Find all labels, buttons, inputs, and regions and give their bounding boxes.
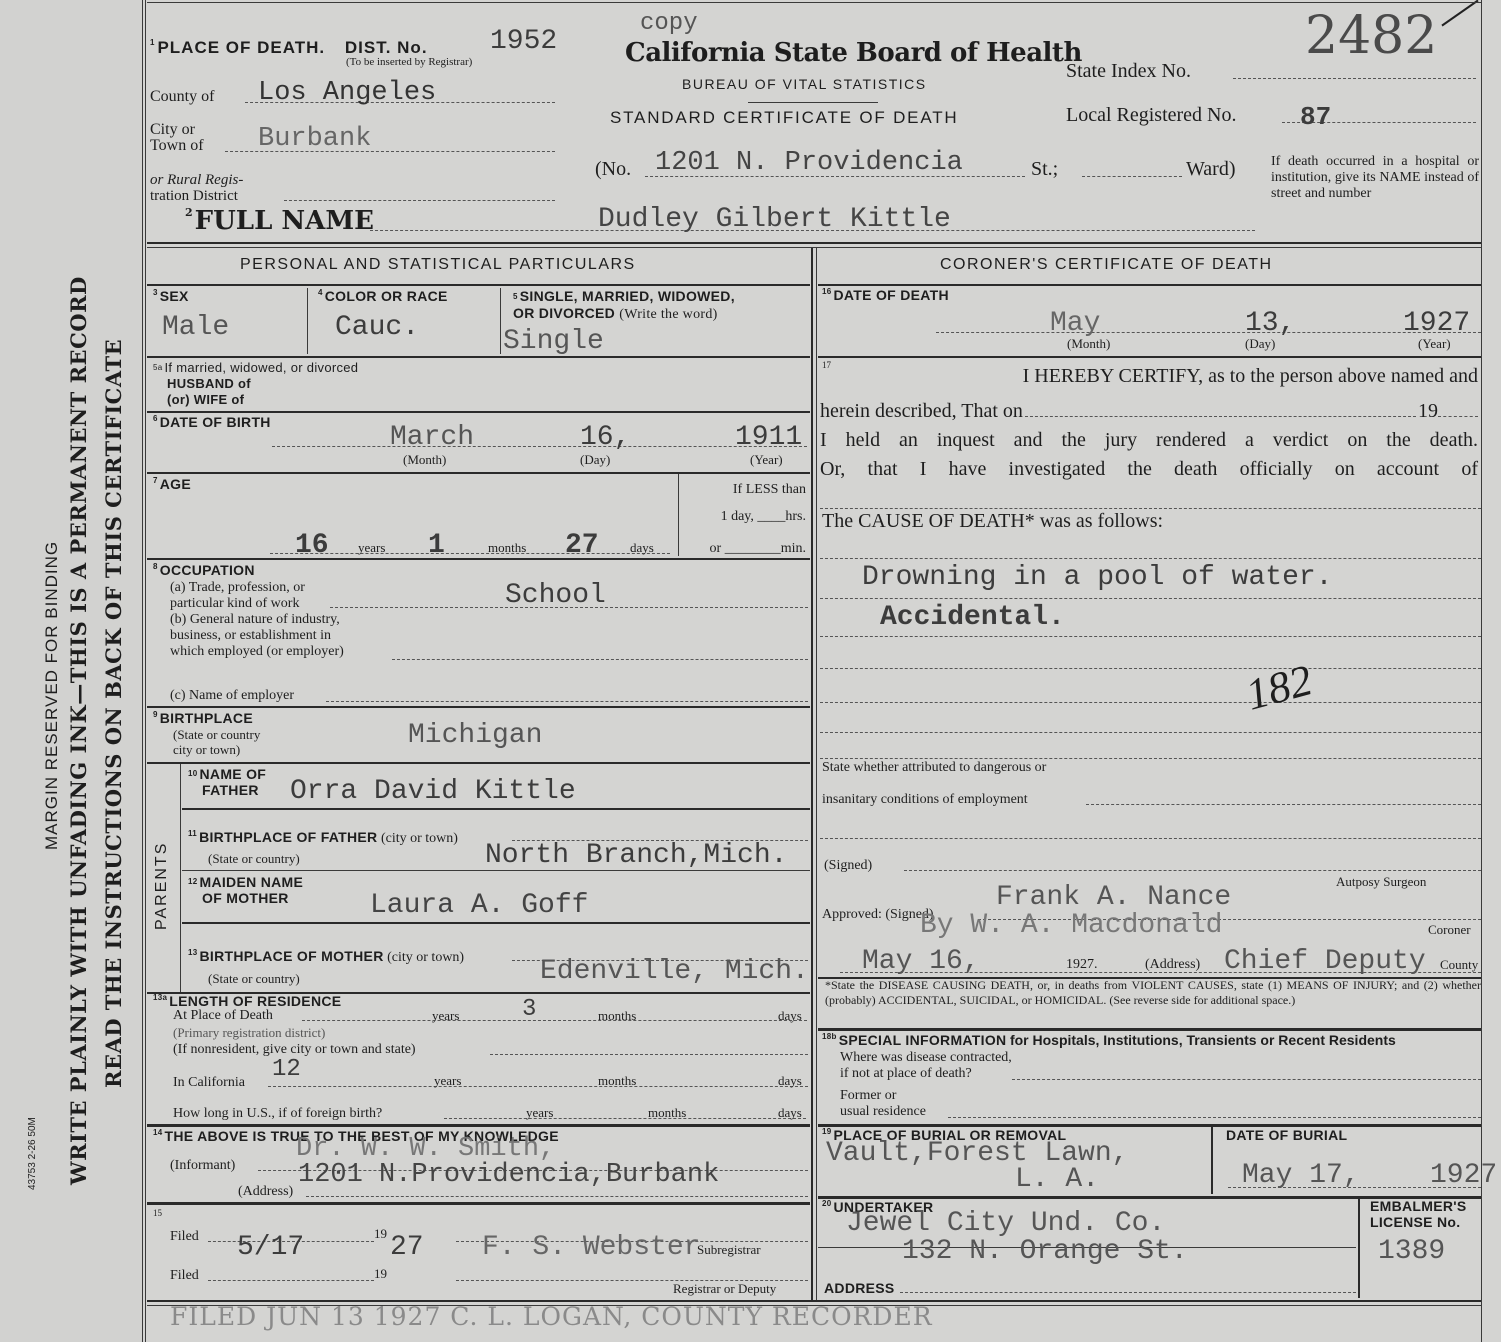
burial-date-value: May 17, <box>1242 1160 1360 1191</box>
county-label: County of <box>150 88 214 106</box>
california-years-value: 12 <box>272 1056 301 1083</box>
deputy-name: By W. A. Macdonald <box>920 910 1222 941</box>
binding-note: MARGIN RESERVED FOR BINDING <box>42 541 62 850</box>
spouse-label: 5aIf married, widowed, or divorced HUSBA… <box>153 360 358 408</box>
occupation-value: School <box>505 580 606 611</box>
age-label: 7AGE <box>153 476 191 492</box>
mother-label: 12MAIDEN NAMEOF MOTHER <box>188 874 303 906</box>
residence-months-value: 3 <box>522 996 536 1023</box>
marital-value: Single <box>503 326 604 357</box>
board-title: California State Board of Health <box>625 38 1082 68</box>
license-label: EMBALMER'SLICENSE No. <box>1370 1198 1467 1230</box>
race-value: Cauc. <box>335 312 419 343</box>
age-days: 27 <box>565 530 599 561</box>
dob-month: March <box>390 422 474 453</box>
license-value: 1389 <box>1378 1236 1445 1267</box>
filed-date-value: 5/17 <box>237 1232 304 1263</box>
burial-year-value: 1927 <box>1430 1160 1497 1191</box>
rural-district-label: or Rural Regis-tration District <box>150 172 243 204</box>
recorder-stamp: FILED JUN 13 1927 C. L. LOGAN, COUNTY RE… <box>170 1302 933 1331</box>
certification-text: I HEREBY CERTIFY, as to the person above… <box>820 362 1478 484</box>
residence-label: 13aLENGTH OF RESIDENCE <box>153 993 341 1009</box>
district-number: 1952 <box>490 26 557 57</box>
place-of-death-label: 1PLACE OF DEATH. DIST. No. <box>150 38 428 58</box>
age-years: 16 <box>295 530 329 561</box>
informant-address-value: 1201 N.Providencia,Burbank <box>298 1160 719 1190</box>
bureau-title: BUREAU OF VITAL STATISTICS <box>682 76 927 92</box>
city-value: Burbank <box>258 124 371 154</box>
father-value: Orra David Kittle <box>290 776 576 807</box>
district-note: (To be inserted by Registrar) <box>346 56 472 68</box>
instructions-note: READ THE INSTRUCTIONS ON BACK OF THIS CE… <box>101 339 126 1088</box>
coroner-name: Frank A. Nance <box>996 882 1231 913</box>
stamp-number: 2482 <box>1305 6 1437 66</box>
form-title: STANDARD CERTIFICATE OF DEATH <box>610 108 958 128</box>
county-value: Los Angeles <box>258 78 436 108</box>
cause-line-1: Drowning in a pool of water. <box>862 562 1332 593</box>
undertaker-address-label: ADDRESS <box>824 1280 895 1296</box>
marital-label: 5SINGLE, MARRIED, WIDOWED, OR DIVORCED (… <box>513 288 735 323</box>
father-birthplace-value: North Branch,Mich. <box>485 840 787 871</box>
ward-label: Ward) <box>1186 158 1235 181</box>
date-of-death-label: 16DATE OF DEATH <box>822 287 949 303</box>
form-code: 43753 2-26 50M <box>27 1117 38 1190</box>
coroner-address-value: Chief Deputy <box>1224 946 1426 977</box>
death-day: 13, <box>1245 308 1295 339</box>
father-label: 10NAME OFFATHER <box>188 766 266 798</box>
less-than-day: If LESS than 1 day, ____hrs. or ________… <box>690 474 806 570</box>
dob-year: 1911 <box>735 422 802 453</box>
filed-year-value: 27 <box>390 1232 424 1263</box>
cause-of-death-label: The CAUSE OF DEATH* was as follows: <box>822 510 1163 533</box>
burial-date-label: DATE OF BURIAL <box>1226 1127 1347 1143</box>
parents-label: PARENTS <box>153 842 171 930</box>
city-label: City orTown of <box>150 122 204 154</box>
cause-footnote: *State the DISEASE CAUSING DEATH, or, in… <box>825 978 1481 1008</box>
margin-divider <box>142 0 143 1342</box>
street-value: 1201 N. Providencia <box>655 148 963 178</box>
occupation-label: 8OCCUPATION <box>153 562 255 578</box>
state-index-label: State Index No. <box>1066 60 1191 83</box>
death-month: May <box>1050 308 1100 339</box>
burial-place-value-2: L. A. <box>1015 1164 1099 1195</box>
margin-divider-inner <box>145 0 146 1342</box>
sex-value: Male <box>162 312 229 343</box>
approved-date: May 16, <box>862 946 980 977</box>
hospital-note: If death occurred in a hospital or insti… <box>1271 154 1479 202</box>
subregistrar-value: F. S. Webster <box>482 1232 700 1263</box>
local-registered-label: Local Registered No. <box>1066 104 1237 127</box>
dob-day: 16, <box>580 422 630 453</box>
mother-value: Laura A. Goff <box>370 890 588 921</box>
local-registered-value: 87 <box>1300 102 1331 132</box>
sex-label: 3SEX <box>153 288 189 304</box>
street-suffix: St.; <box>1031 158 1058 181</box>
birthplace-value: Michigan <box>408 720 542 751</box>
mother-birthplace-value: Edenville, Mich. <box>540 956 809 987</box>
copy-stamp: copy <box>640 10 698 37</box>
full-name-value: Dudley Gilbert Kittle <box>598 204 951 235</box>
death-year: 1927 <box>1403 308 1470 339</box>
undertaker-address-value: 132 N. Orange St. <box>902 1236 1188 1267</box>
birthplace-label: 9BIRTHPLACE <box>153 710 253 726</box>
race-label: 4COLOR OR RACE <box>318 288 448 304</box>
coroner-section-title: CORONER'S CERTIFICATE OF DEATH <box>940 256 1273 274</box>
check-mark-icon <box>1441 0 1478 26</box>
cause-line-2: Accidental. <box>880 602 1065 633</box>
personal-section-title: PERSONAL AND STATISTICAL PARTICULARS <box>240 256 636 274</box>
handwritten-code: 182 <box>1241 654 1318 720</box>
undertaker-name-value: Jewel City Und. Co. <box>846 1208 1165 1239</box>
age-months: 1 <box>428 530 445 561</box>
street-prefix: (No. <box>595 158 631 181</box>
full-name-label: 2FULL NAME <box>185 206 374 236</box>
dob-label: 6DATE OF BIRTH <box>153 414 271 430</box>
ink-note: WRITE PLAINLY WITH UNFADING INK—THIS IS … <box>66 276 91 1185</box>
